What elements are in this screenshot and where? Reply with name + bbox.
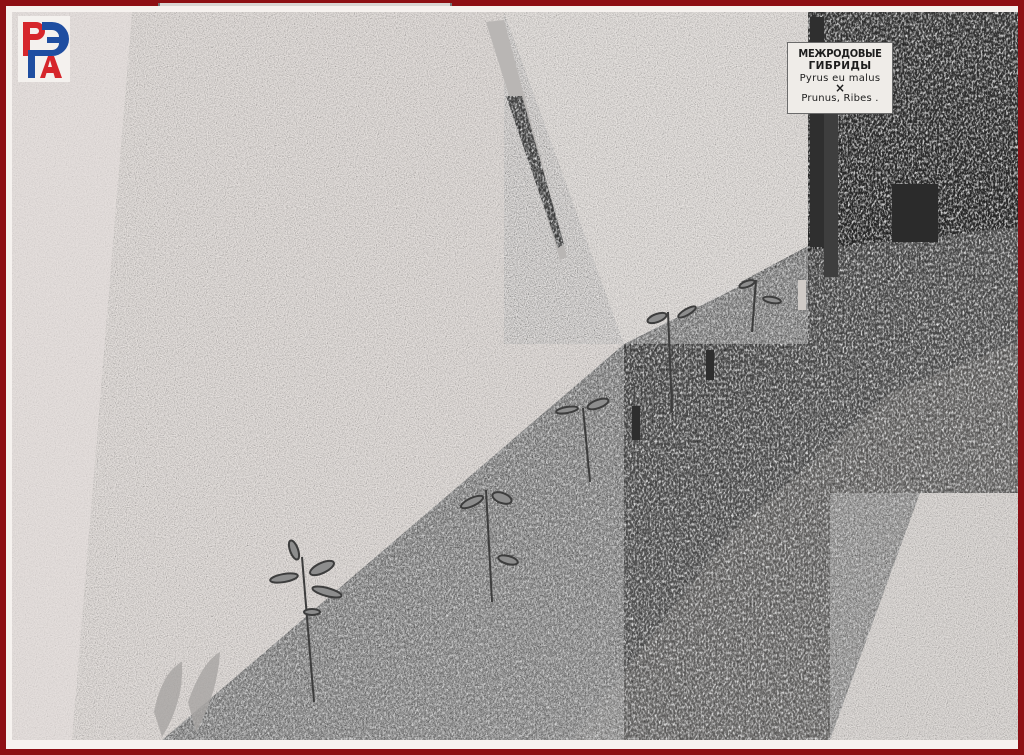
sign-line-subtitle: ГИБРИДЫ xyxy=(788,60,892,73)
sign-line-species-2: Prunus, Ribes . xyxy=(788,93,892,105)
photograph xyxy=(12,12,1018,740)
plant-label-sign: МЕЖРОДОВЫЕ ГИБРИДЫ Pyrus eu malus × Prun… xyxy=(787,42,893,114)
rgae-logo-icon xyxy=(18,16,70,82)
sign-cross-symbol: × xyxy=(788,84,892,93)
archive-frame: МЕЖРОДОВЫЕ ГИБРИДЫ Pyrus eu malus × Prun… xyxy=(0,0,1024,755)
photo-scene xyxy=(12,12,1018,740)
sign-line-title: МЕЖРОДОВЫЕ xyxy=(788,47,892,60)
